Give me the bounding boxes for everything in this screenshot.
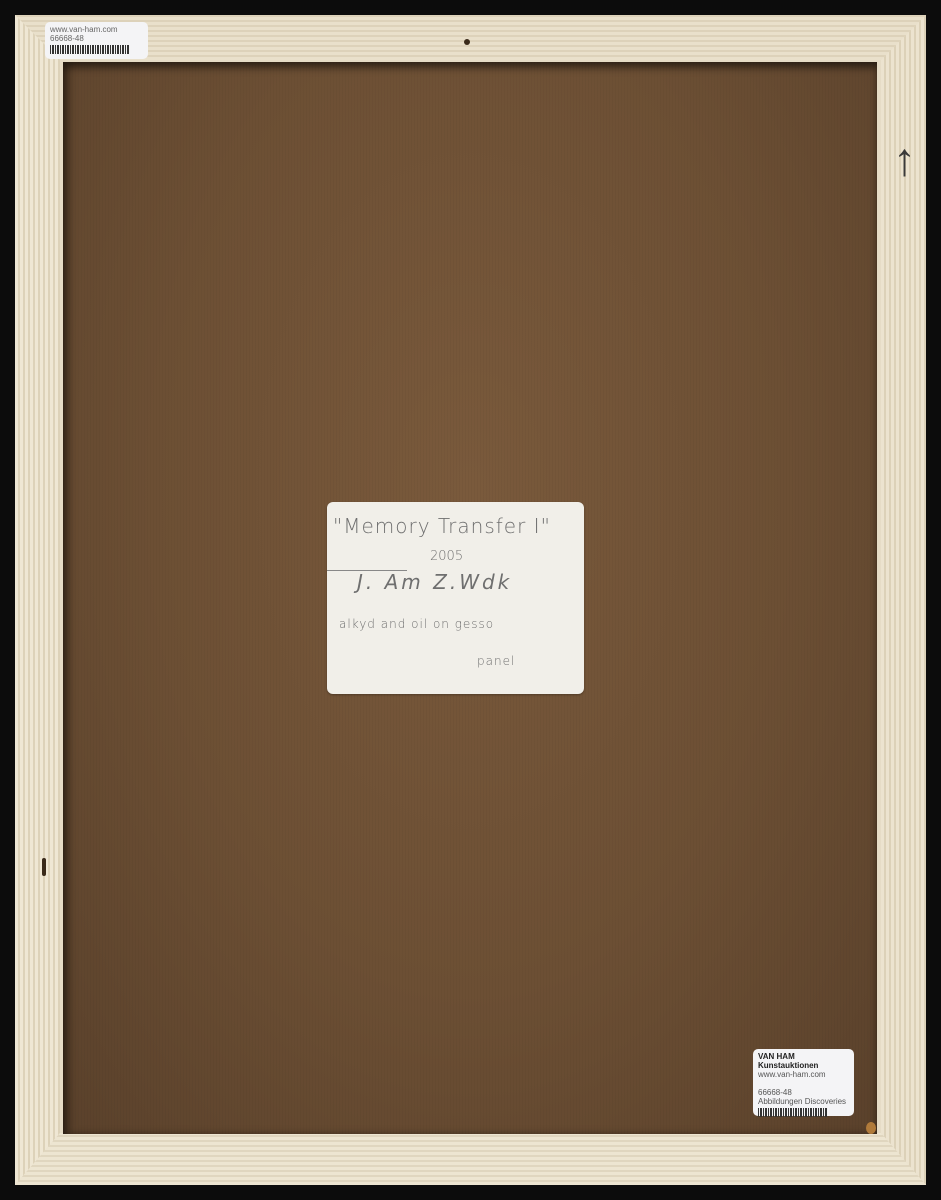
artwork-support: panel — [477, 654, 515, 668]
artwork-medium: alkyd and oil on gesso — [339, 617, 494, 631]
label-lot-number: 66668-48 — [50, 34, 143, 43]
frame-left-bar — [15, 15, 60, 1185]
artwork-title: "Memory Transfer I" — [333, 514, 551, 538]
label-category: Abbildungen Discoveries — [758, 1097, 849, 1106]
frame-bottom-bar — [15, 1133, 926, 1185]
nail-hole — [464, 39, 470, 45]
label-website: www.van-ham.com — [758, 1070, 849, 1079]
barcode-icon — [50, 45, 130, 54]
auction-label-top: www.van-ham.com 66668-48 — [45, 22, 148, 59]
frame-top-bar — [15, 15, 926, 60]
artwork-year: 2005 — [430, 549, 463, 564]
nail-head — [866, 1122, 876, 1134]
label-website: www.van-ham.com — [50, 25, 143, 34]
staple-mark — [42, 858, 46, 876]
label-company: VAN HAM Kunstauktionen — [758, 1052, 849, 1070]
handwritten-card: "Memory Transfer I" 2005 J. Am Z.Wdk alk… — [327, 502, 584, 694]
label-lot-number: 66668-48 — [758, 1088, 849, 1097]
artist-signature: J. Am Z.Wdk — [357, 570, 512, 594]
auction-label-bottom: VAN HAM Kunstauktionen www.van-ham.com 6… — [753, 1049, 854, 1116]
barcode-icon — [758, 1108, 828, 1117]
arrow-up-icon: ↑ — [893, 123, 913, 195]
